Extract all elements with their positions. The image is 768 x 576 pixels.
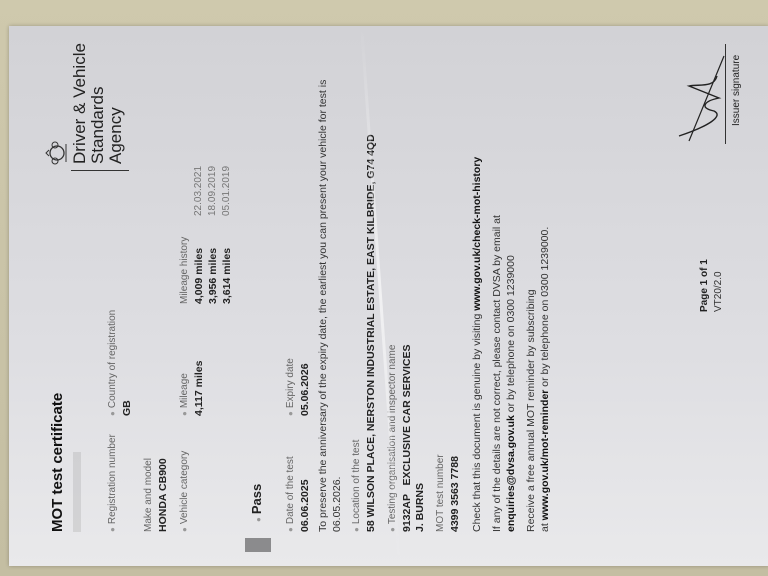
mileage-history-date-1: 18.09.2019: [207, 166, 218, 216]
mileage-value: 4,117 miles: [193, 361, 205, 416]
agency-line-3: Agency: [107, 43, 125, 164]
obscured-registration: [73, 452, 81, 532]
agency-name: Driver & Vehicle Standards Agency: [71, 43, 125, 164]
signature-line: [725, 44, 726, 144]
mileage-history-miles-2: 3,614 miles: [221, 248, 233, 304]
agency-line-2: Standards: [89, 43, 107, 164]
anniversary-date: 06.05.2026.: [331, 477, 343, 532]
dvsa-email-link[interactable]: enquiries@dvsa.gov.uk: [505, 415, 517, 532]
issuer-signature-label: Issuer signature: [731, 55, 742, 126]
form-code: VT20/2.0: [713, 271, 724, 312]
mileage-history-miles-1: 3,956 miles: [207, 248, 219, 304]
location-label: ●Location of the test: [351, 440, 362, 532]
reminder-text: Receive a free annual MOT reminder by su…: [525, 289, 537, 532]
mileage-history-label: Mileage history: [179, 237, 190, 304]
dvsa-rule: [71, 170, 129, 171]
agency-line-1: Driver & Vehicle: [71, 43, 89, 164]
registration-number-label: ●Registration number: [107, 434, 118, 532]
mileage-history-miles-0: 4,009 miles: [193, 248, 205, 304]
date-of-test-label: ●Date of the test: [285, 456, 296, 532]
pass-indicator-bar: [245, 538, 271, 552]
test-result: ●Pass: [249, 484, 264, 522]
certificate-title: MOT test certificate: [49, 393, 66, 532]
reminder-contact: at www.gov.uk/mot-reminder or by telepho…: [539, 227, 551, 532]
anniversary-note: To preserve the anniversary of the expir…: [317, 80, 329, 532]
incorrect-details-contact: enquiries@dvsa.gov.uk or by telephone on…: [505, 255, 517, 532]
make-model-label: Make and model: [143, 458, 154, 532]
page-number: Page 1 of 1: [699, 259, 710, 312]
inspector-name: J. BURNS: [414, 483, 426, 532]
mot-reminder-link[interactable]: www.gov.uk/mot-reminder: [539, 390, 551, 521]
mileage-label: ●Mileage: [179, 373, 190, 416]
vehicle-category-label: ●Vehicle category: [179, 451, 190, 532]
check-mot-history-link[interactable]: www.gov.uk/check-mot-history: [471, 157, 483, 311]
check-genuine-text: Check that this document is genuine by v…: [471, 157, 483, 532]
country-value: GB: [121, 400, 133, 416]
expiry-date-label: ●Expiry date: [285, 358, 296, 416]
mileage-history-date-0: 22.03.2021: [193, 166, 204, 216]
incorrect-details-text: If any of the details are not correct, p…: [491, 215, 503, 532]
testing-org-line1: 9132AP EXCLUSIVE CAR SERVICES: [401, 344, 413, 532]
expiry-date-value: 05.06.2026: [299, 363, 311, 416]
date-of-test-value: 06.06.2025: [299, 479, 311, 532]
mileage-history-date-2: 05.01.2019: [221, 166, 232, 216]
mot-test-number-value: 4399 3563 7788: [449, 456, 461, 532]
mot-certificate-page: MOT test certificate ●Registration numbe…: [9, 26, 768, 566]
country-label: ●Country of registration: [107, 310, 118, 416]
make-model-value: HONDA CB900: [157, 458, 169, 532]
mot-test-number-label: MOT test number: [435, 454, 446, 532]
